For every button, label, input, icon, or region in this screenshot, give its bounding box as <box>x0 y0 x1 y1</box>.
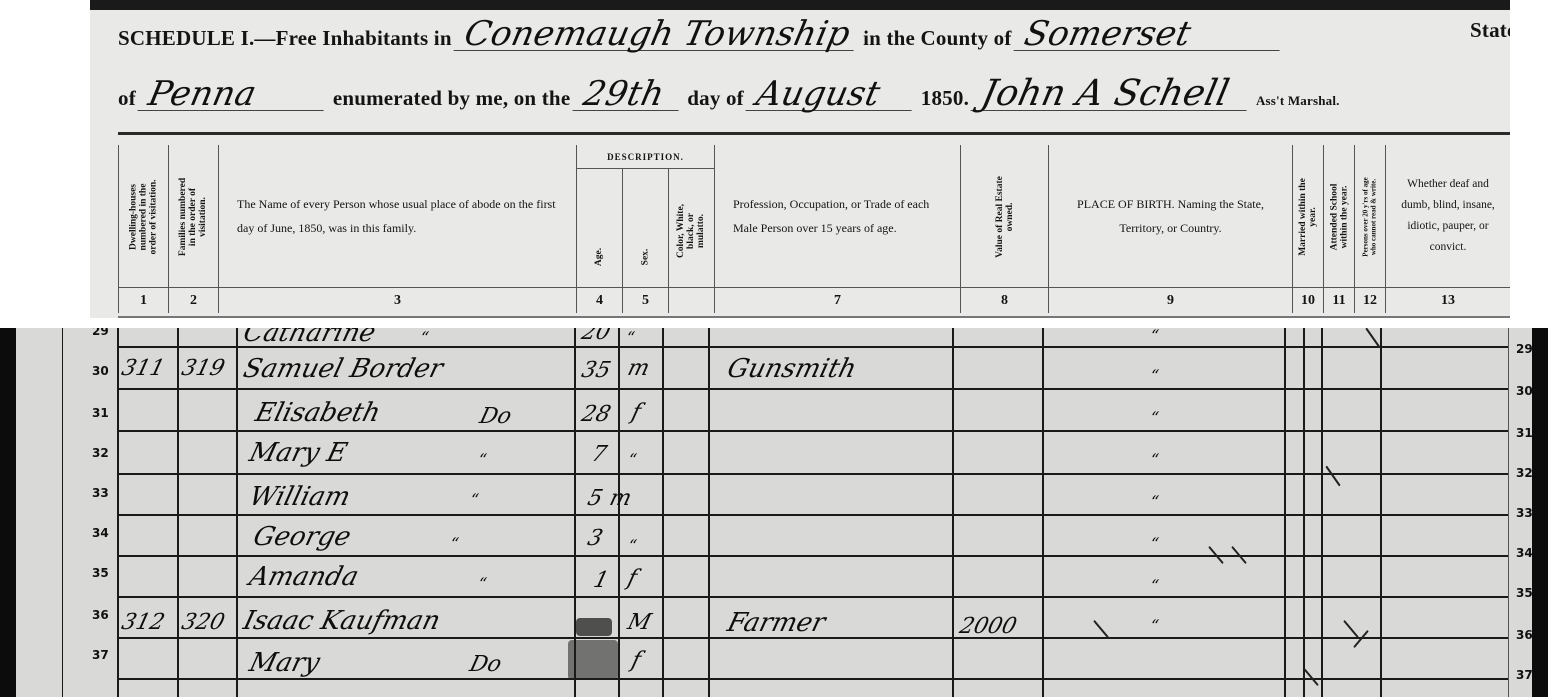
census-header: SCHEDULE I.—Free Inhabitants in Conemaug… <box>90 0 1510 318</box>
rule-row-37 <box>117 678 1508 680</box>
day-handwritten: 29th <box>572 78 685 111</box>
surname-ditto: “ <box>418 330 430 346</box>
surname-ditto: “ <box>468 492 480 508</box>
rule-col7 <box>708 328 710 697</box>
schedule-title: SCHEDULE I.—Free Inhabitants in <box>118 26 452 50</box>
header-col-disability: Whether deaf and dumb, blind, insane, id… <box>1385 145 1510 313</box>
tally-mark <box>1303 668 1319 686</box>
township-handwritten: Conemaugh Township <box>454 18 861 51</box>
header-col-color: Color, White, black, or mulatto. <box>668 169 714 313</box>
state-handwritten: Penna <box>138 78 331 111</box>
real-estate-value: 2000 <box>957 616 1018 638</box>
rule-row-34 <box>117 555 1508 557</box>
line-number-left: 34 <box>92 526 109 540</box>
rule-col11 <box>1303 328 1305 697</box>
birthplace-ditto: “ <box>1148 536 1160 552</box>
birthplace-ditto: “ <box>1148 452 1160 468</box>
age: 1 <box>591 570 610 592</box>
county-handwritten: Somerset <box>1014 18 1287 51</box>
county-label: in the County of <box>863 26 1011 50</box>
rule-margin <box>62 328 63 697</box>
person-name: Mary <box>247 650 323 676</box>
person-name: Catharine <box>241 328 378 346</box>
rule-col10 <box>1284 328 1286 697</box>
state-label: State <box>1470 18 1510 43</box>
sex: f <box>629 402 643 424</box>
surname-ditto: “ <box>448 536 460 552</box>
line-number-left: 36 <box>92 608 109 622</box>
family-number: 320 <box>179 612 226 634</box>
header-col-dwelling: Dwelling-houses numbered in the order of… <box>118 145 168 313</box>
header-col-name: The Name of every Person whose usual pla… <box>218 145 576 313</box>
surname-ditto: Do <box>477 406 513 428</box>
rule-row-35 <box>117 596 1508 598</box>
scan-right-border <box>1532 328 1548 697</box>
scan-left-border <box>0 328 16 697</box>
rule-col6 <box>662 328 664 697</box>
line-number-right: 36 <box>1516 628 1533 642</box>
tally-mark <box>1343 620 1359 638</box>
surname-ditto: “ <box>476 452 488 468</box>
rule-right-margin <box>1508 328 1509 697</box>
year-label: 1850. <box>921 86 969 110</box>
line-number-right: 31 <box>1516 426 1533 440</box>
person-name: Isaac Kaufman <box>241 608 443 634</box>
occupation: Farmer <box>725 610 828 636</box>
age: 7 <box>589 444 608 466</box>
line-number-left: 33 <box>92 486 109 500</box>
marshal-signature: John A Schell <box>971 78 1254 111</box>
rule-col8 <box>952 328 954 697</box>
title-line-1: SCHEDULE I.—Free Inhabitants in Conemaug… <box>118 18 1283 51</box>
column-headers: Dwelling-houses numbered in the order of… <box>118 132 1510 318</box>
age: 3 <box>585 528 604 550</box>
rule-row-30 <box>117 388 1508 390</box>
sex: f <box>625 568 639 590</box>
line-number-left: 37 <box>92 648 109 662</box>
occupation: Gunsmith <box>725 356 859 382</box>
birthplace-ditto: “ <box>1148 494 1160 510</box>
header-col-occupation: Profession, Occupation, or Trade of each… <box>714 145 960 313</box>
line-number-right: 34 <box>1516 546 1533 560</box>
rule-col3 <box>236 328 238 697</box>
header-divider <box>118 316 1510 318</box>
rule-row-32 <box>117 473 1508 475</box>
rule-col5 <box>618 328 620 697</box>
sex: f <box>629 650 643 672</box>
sex: “ <box>626 452 638 468</box>
birthplace-ditto: “ <box>1148 328 1160 344</box>
age: 5 <box>585 488 604 510</box>
line-number-right: 32 <box>1516 466 1533 480</box>
day-of-label: day of <box>687 86 744 110</box>
surname-ditto: Do <box>467 654 503 676</box>
person-name: Samuel Border <box>241 356 446 382</box>
line-number-right: 33 <box>1516 506 1533 520</box>
line-number-left: 29 <box>92 328 109 338</box>
person-name: William <box>247 484 353 510</box>
sex: “ <box>626 538 638 554</box>
rule-col2 <box>177 328 179 697</box>
header-col-school: Attended School within the year. 11 <box>1323 145 1354 313</box>
description-group-label: DESCRIPTION. <box>576 145 714 169</box>
tally-mark <box>1325 466 1340 487</box>
census-rows: 29 30 31 32 33 34 35 36 37 29 30 31 32 3… <box>0 328 1548 697</box>
age: 28 <box>579 404 612 426</box>
tally-mark <box>1093 620 1109 638</box>
age: 20 <box>579 328 612 344</box>
dwelling-number: 312 <box>119 612 166 634</box>
header-col-birthplace: PLACE OF BIRTH. Naming the State, Territ… <box>1048 145 1292 313</box>
surname-ditto: “ <box>476 576 488 592</box>
ink-smudge <box>568 640 618 680</box>
dwelling-number: 311 <box>119 358 166 380</box>
line-number-right: 37 <box>1516 668 1533 682</box>
line-number-right: 29 <box>1516 342 1533 356</box>
line-number-left: 31 <box>92 406 109 420</box>
header-col-age: Age. 4 <box>576 169 622 313</box>
birthplace-ditto: “ <box>1148 618 1160 634</box>
header-col-family: Families numbered in the order of visita… <box>168 145 218 313</box>
line-number-right: 35 <box>1516 586 1533 600</box>
person-name: Elisabeth <box>253 400 383 426</box>
month-handwritten: August <box>746 78 919 111</box>
birthplace-ditto: “ <box>1148 578 1160 594</box>
birthplace-ditto: “ <box>1148 410 1160 426</box>
rule-row-33 <box>117 514 1508 516</box>
line-number-left: 35 <box>92 566 109 580</box>
line-number-left: 32 <box>92 446 109 460</box>
rule-col12 <box>1321 328 1323 697</box>
header-col-illiterate: Persons over 20 y'rs of age who cannot r… <box>1354 145 1385 313</box>
birthplace-ditto: “ <box>1148 368 1160 384</box>
family-number: 319 <box>179 358 226 380</box>
person-name: Mary E <box>247 440 350 466</box>
rule-row-31 <box>117 430 1508 432</box>
ink-smudge <box>576 618 612 636</box>
sex: m <box>607 488 633 510</box>
of-label: of <box>118 86 136 110</box>
enumerated-label: enumerated by me, on the <box>333 86 571 110</box>
line-number-left: 30 <box>92 364 109 378</box>
age: 35 <box>579 360 612 382</box>
sex: M <box>625 612 653 634</box>
line-number-right: 30 <box>1516 384 1533 398</box>
header-col-sex: Sex. 5 <box>622 169 668 313</box>
sex: “ <box>624 330 636 346</box>
person-name: George <box>251 524 354 550</box>
rule-col1 <box>117 328 119 697</box>
sex: m <box>625 358 651 380</box>
rule-col13 <box>1380 328 1382 697</box>
marshal-label: Ass't Marshal. <box>1256 93 1340 108</box>
title-line-2: of Penna enumerated by me, on the 29th d… <box>118 78 1340 111</box>
header-col-real-estate: Value of Real Estate owned. 8 <box>960 145 1048 313</box>
person-name: Amanda <box>247 564 361 590</box>
header-col-married: Married within the year. 10 <box>1292 145 1323 313</box>
rule-col9 <box>1042 328 1044 697</box>
